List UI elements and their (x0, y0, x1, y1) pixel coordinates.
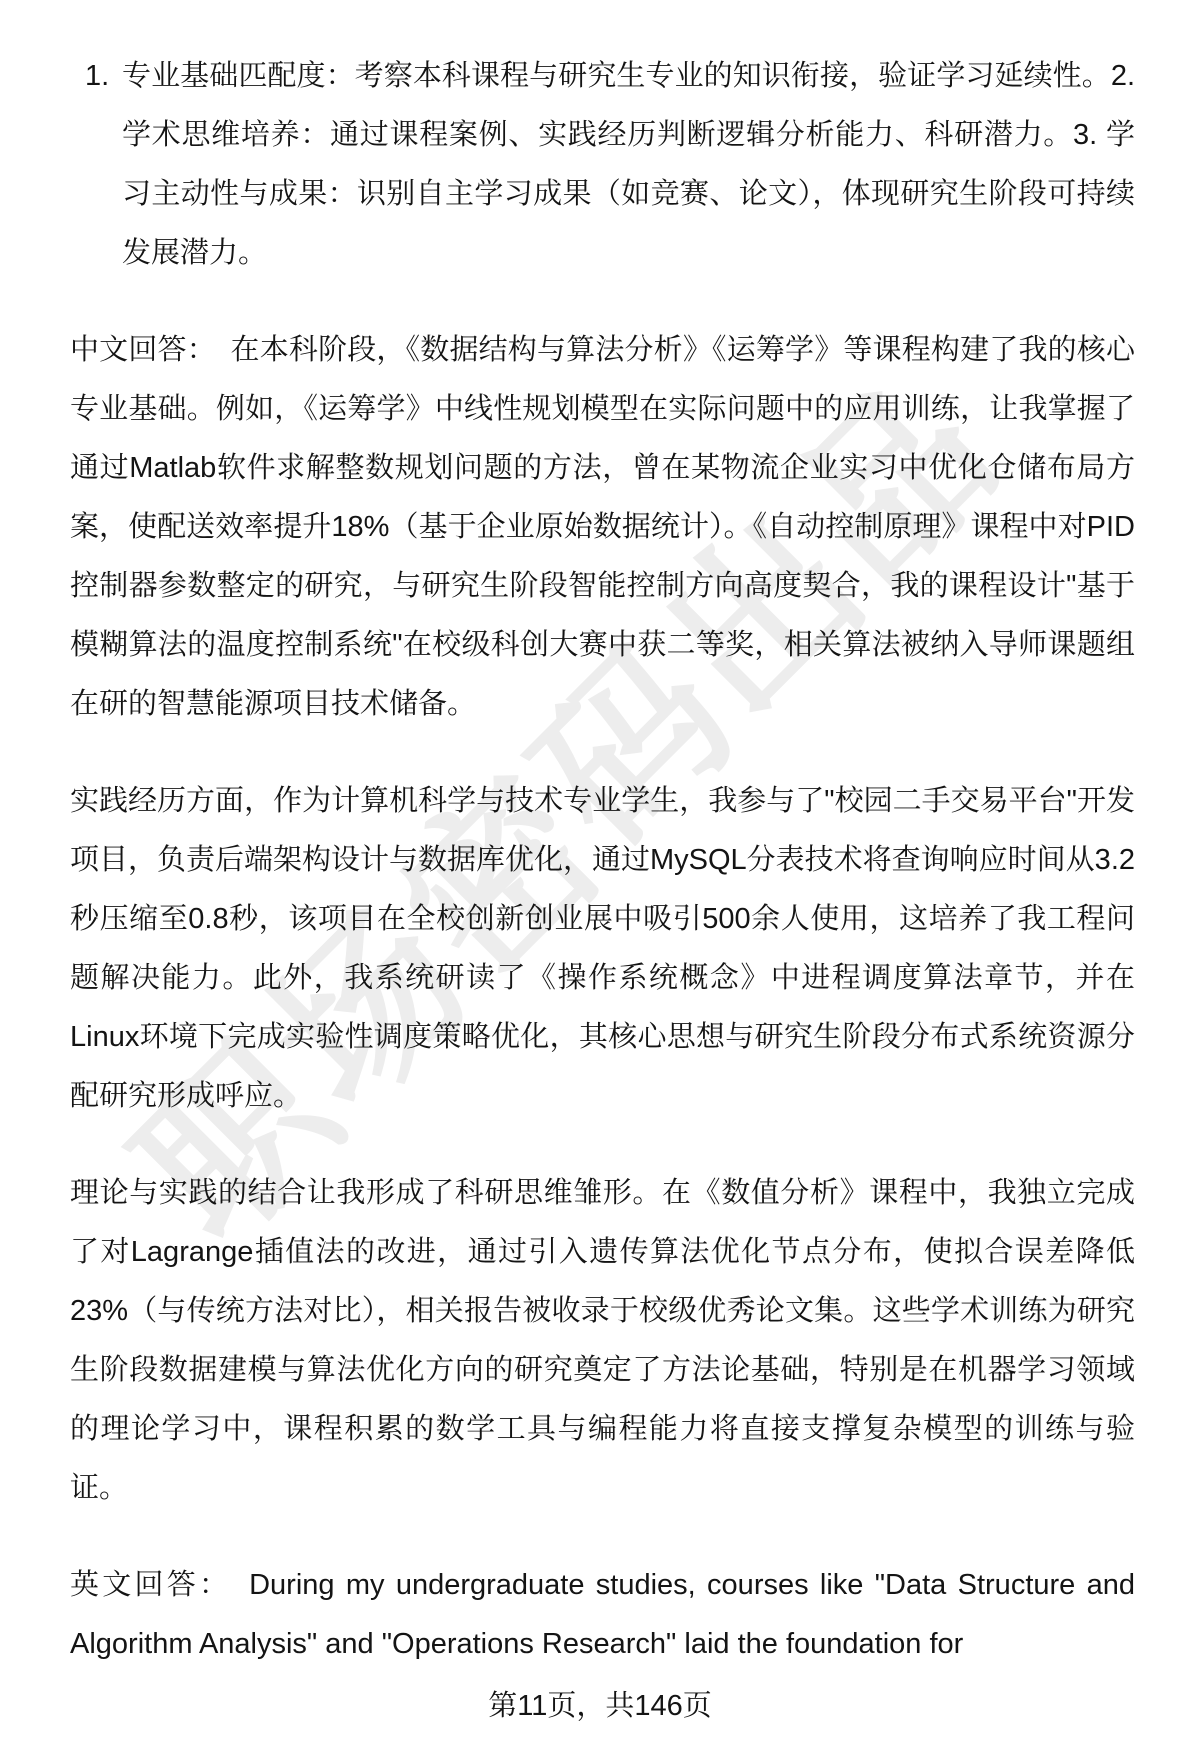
list-item: 1. 专业基础匹配度：考察本科课程与研究生专业的知识衔接，验证学习延续性。2. … (85, 47, 1135, 283)
paragraph-theory-practice: 理论与实践的结合让我形成了科研思维雏形。在《数值分析》课程中，我独立完成了对La… (70, 1164, 1135, 1518)
numbered-list: 1. 专业基础匹配度：考察本科课程与研究生专业的知识衔接，验证学习延续性。2. … (70, 47, 1135, 283)
document-body: 1. 专业基础匹配度：考察本科课程与研究生专业的知识衔接，验证学习延续性。2. … (70, 47, 1135, 1674)
document-page: 职场密码出品 1. 专业基础匹配度：考察本科课程与研究生专业的知识衔接，验证学习… (0, 0, 1200, 1755)
paragraph-chinese-answer: 中文回答： 在本科阶段，《数据结构与算法分析》《运筹学》等课程构建了我的核心专业… (70, 321, 1135, 734)
paragraph-english-answer: 英文回答： During my undergraduate studies, c… (70, 1556, 1135, 1674)
page-number-indicator: 第11页，共146页 (0, 1689, 1200, 1723)
list-item-number: 1. (85, 47, 122, 283)
list-item-text: 专业基础匹配度：考察本科课程与研究生专业的知识衔接，验证学习延续性。2. 学术思… (122, 47, 1135, 283)
paragraph-practice-experience: 实践经历方面，作为计算机科学与技术专业学生，我参与了"校园二手交易平台"开发项目… (70, 772, 1135, 1126)
